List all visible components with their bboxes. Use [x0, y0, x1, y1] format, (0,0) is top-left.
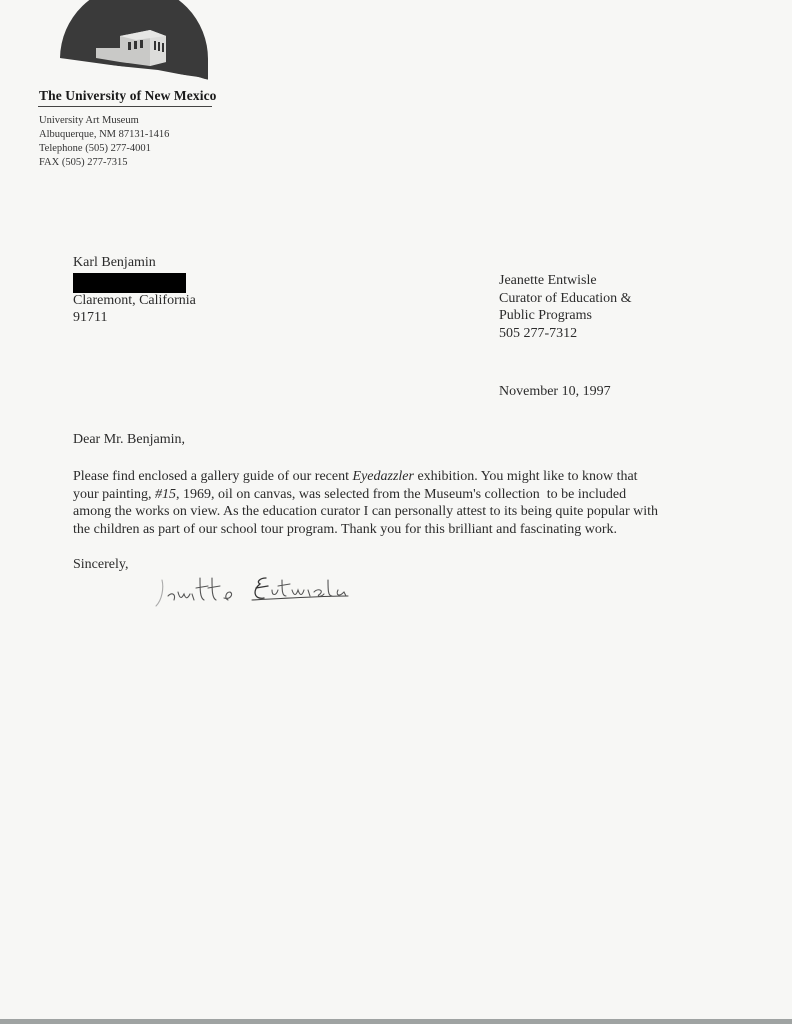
- recipient-city: Claremont, California: [73, 292, 196, 310]
- museum-city: Albuquerque, NM 87131-1416: [39, 128, 169, 142]
- recipient-address: Karl Benjamin Claremont, California 9171…: [73, 254, 196, 327]
- letter-date: November 10, 1997: [499, 384, 611, 400]
- painting-title: #15: [155, 487, 176, 502]
- body-line-1: Please find enclosed a gallery guide of …: [73, 468, 693, 486]
- recipient-zip: 91711: [73, 309, 196, 327]
- sender-title-2: Public Programs: [499, 307, 632, 325]
- redacted-street: [73, 273, 186, 293]
- sender-name: Jeanette Entwisle: [499, 272, 632, 290]
- body-line-4: the children as part of our school tour …: [73, 521, 693, 539]
- body-line-3: among the works on view. As the educatio…: [73, 503, 693, 521]
- exhibition-title: Eyedazzler: [353, 469, 414, 484]
- sender-title-1: Curator of Education &: [499, 290, 632, 308]
- body-line-2: your painting, #15, 1969, oil on canvas,…: [73, 486, 693, 504]
- sender-phone: 505 277-7312: [499, 325, 632, 343]
- recipient-name: Karl Benjamin: [73, 254, 196, 272]
- unm-building-logo-icon: [58, 0, 210, 88]
- letterhead-divider: [38, 106, 212, 107]
- signature-icon: [148, 566, 398, 616]
- letter-body: Please find enclosed a gallery guide of …: [73, 468, 693, 538]
- closing: Sincerely,: [73, 557, 128, 573]
- institution-name: The University of New Mexico: [39, 88, 217, 104]
- museum-telephone: Telephone (505) 277-4001: [39, 142, 169, 156]
- sender-block: Jeanette Entwisle Curator of Education &…: [499, 272, 632, 342]
- university-logo: [58, 0, 210, 88]
- letterhead-address: University Art Museum Albuquerque, NM 87…: [39, 114, 169, 170]
- scan-bottom-edge: [0, 1019, 792, 1024]
- museum-fax: FAX (505) 277-7315: [39, 156, 169, 170]
- salutation: Dear Mr. Benjamin,: [73, 432, 185, 448]
- museum-name: University Art Museum: [39, 114, 169, 128]
- handwritten-signature: [148, 566, 398, 616]
